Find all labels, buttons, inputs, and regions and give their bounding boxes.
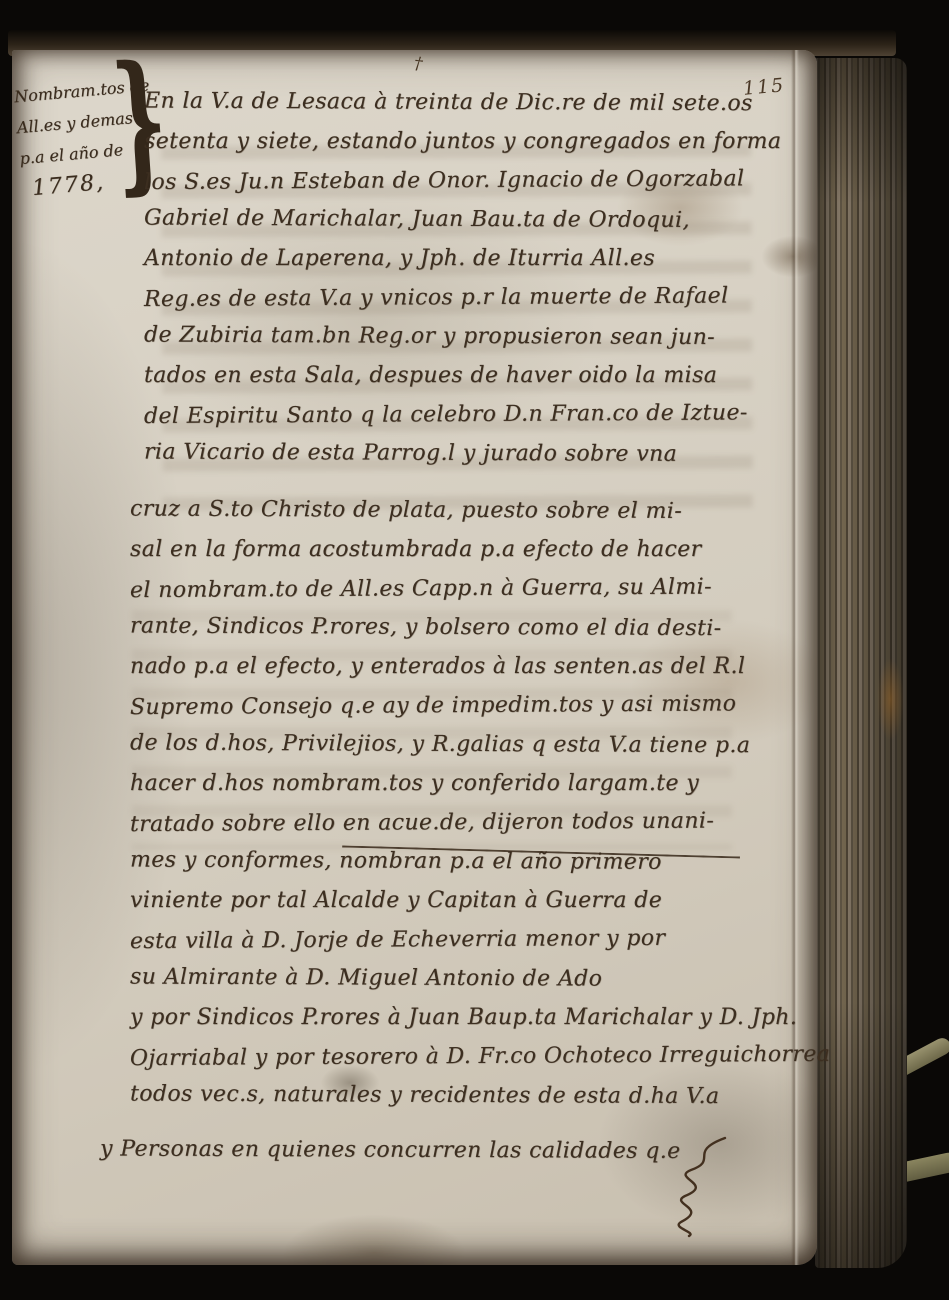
manuscript-line: nado p.a el efecto, y enterados à las se… <box>130 654 818 693</box>
paragraph: En la V.a de Lesaca à treinta de Dic.re … <box>144 90 818 480</box>
manuscript-line: Ojarriabal y por tesorero à D. Fr.co Och… <box>130 1042 818 1085</box>
manuscript-line: de los d.hos, Privilejios, y R.galias q … <box>130 730 818 772</box>
manuscript-line: su Almirante à D. Miguel Antonio de Ado <box>130 964 818 1006</box>
manuscript-line: hacer d.hos nombram.tos y conferido larg… <box>130 771 818 810</box>
margin-note: Nombram.tos deAll.es y demasp.a el año d… <box>13 71 143 205</box>
manuscript-line: sal en la forma acostumbrada p.a efecto … <box>130 537 818 576</box>
manuscript-line: los S.es Ju.n Esteban de Onor. Ignacio d… <box>144 166 818 209</box>
manuscript-line: tratado sobre ello en acue.de, dijeron t… <box>130 808 818 851</box>
manuscript-line: tados en esta Sala, despues de haver oid… <box>144 363 818 402</box>
manuscript-line: setenta y siete, estando juntos y congre… <box>144 129 818 168</box>
book-photo: † 115 Nombram.tos deAll.es y demasp.a el… <box>0 0 949 1300</box>
manuscript-line: Gabriel de Marichalar, Juan Bau.ta de Or… <box>144 206 818 248</box>
manuscript-line: y por Sindicos P.rores à Juan Baup.ta Ma… <box>130 1005 818 1044</box>
manuscript-line: todos vec.s, naturales y recidentes de e… <box>130 1081 818 1123</box>
manuscript-line: Supremo Consejo q.e ay de impedim.tos y … <box>130 691 818 734</box>
manuscript-line: Antonio de Laperena, y Jph. de Iturria A… <box>144 246 818 285</box>
manuscript-line: del Espiritu Santo q la celebro D.n Fran… <box>144 400 818 443</box>
paragraph: cruz a S.to Christo de plata, puesto sob… <box>130 498 818 1122</box>
invocation-cross-mark: † <box>413 54 424 75</box>
manuscript-page: † 115 Nombram.tos deAll.es y demasp.a el… <box>12 50 817 1265</box>
rubric-flourish <box>667 1132 737 1242</box>
manuscript-line: rante, Sindicos P.rores, y bolsero como … <box>130 613 818 655</box>
manuscript-text: En la V.a de Lesaca à treinta de Dic.re … <box>130 90 818 1177</box>
manuscript-line: En la V.a de Lesaca à treinta de Dic.re … <box>144 89 818 131</box>
manuscript-line: ria Vicario de esta Parrog.l y jurado so… <box>144 440 818 482</box>
manuscript-line: viniente por tal Alcalde y Capitan à Gue… <box>130 888 818 927</box>
manuscript-line: el nombram.to de All.es Capp.n à Guerra,… <box>130 574 818 617</box>
manuscript-line: Reg.es de esta V.a y vnicos p.r la muert… <box>144 283 818 326</box>
manuscript-line: esta villa à D. Jorje de Echeverria meno… <box>130 925 818 968</box>
manuscript-line: de Zubiria tam.bn Reg.or y propusieron s… <box>144 323 818 365</box>
book-fore-edge <box>815 58 907 1268</box>
manuscript-line: cruz a S.to Christo de plata, puesto sob… <box>130 496 818 538</box>
